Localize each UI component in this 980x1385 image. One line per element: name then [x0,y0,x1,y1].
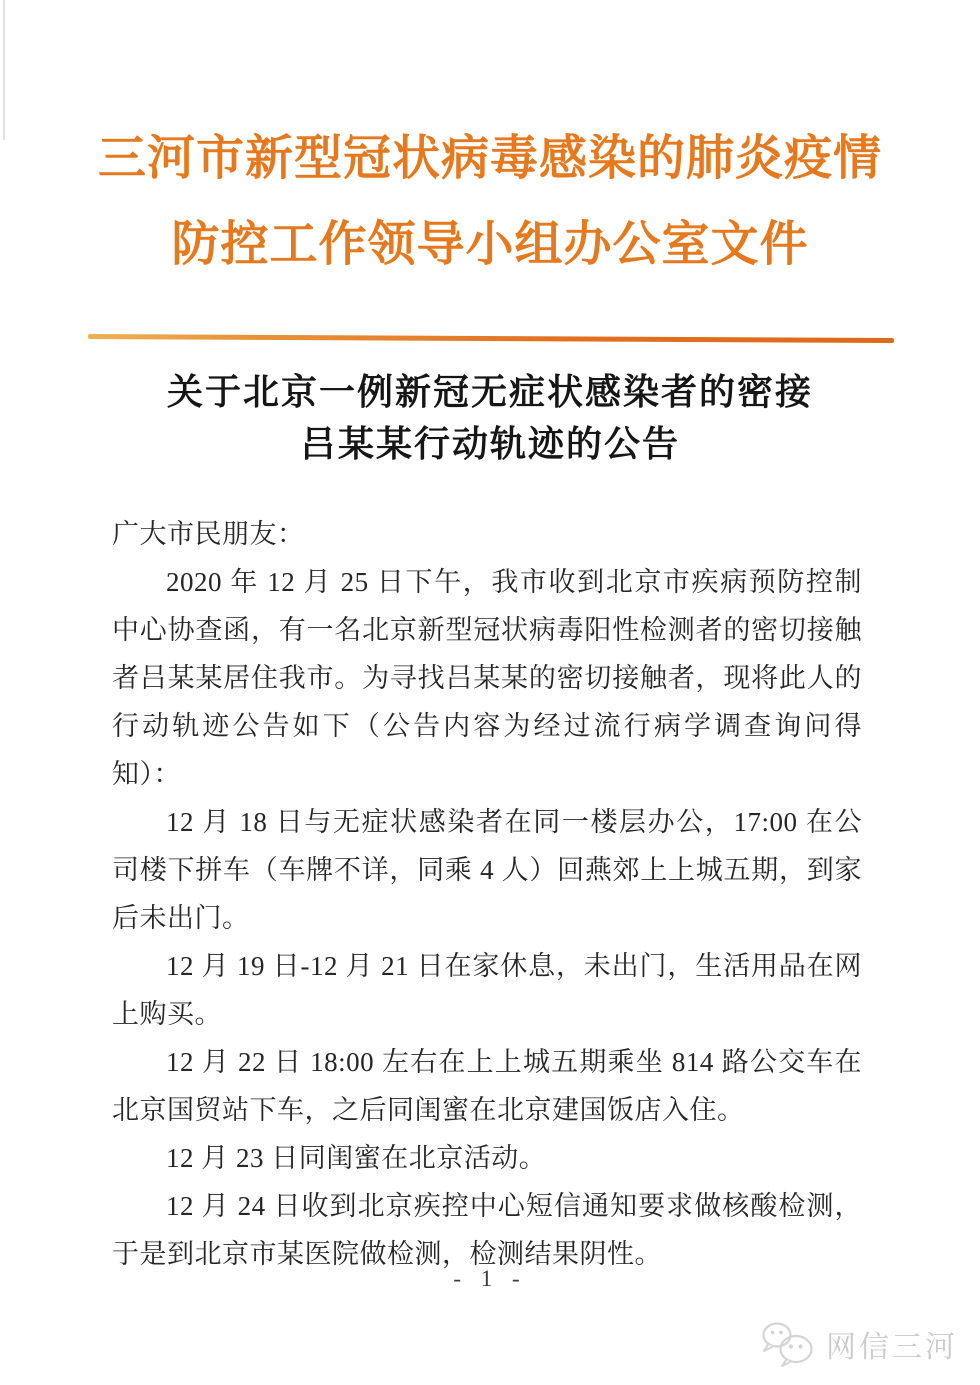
paragraph-intro: 2020 年 12 月 25 日下午，我市收到北京市疾病预防控制中心协查函，有一… [112,558,862,798]
document-title-line-1: 关于北京一例新冠无症状感染者的密接 [0,366,980,418]
document-title: 关于北京一例新冠无症状感染者的密接 吕某某行动轨迹的公告 [0,366,980,470]
watermark-label: 网信三河 [826,1322,958,1366]
paragraph-dec18: 12 月 18 日与无症状感染者在同一楼层办公，17:00 在公司楼下拼车（车牌… [112,798,862,942]
page-number: - 1 - [0,1266,980,1292]
letterhead: 三河市新型冠状病毒感染的肺炎疫情 防控工作领导小组办公室文件 [0,116,980,288]
paragraph-dec24: 12 月 24 日收到北京疾控中心短信通知要求做核酸检测，于是到北京市某医院做检… [112,1182,862,1278]
wechat-icon [759,1320,817,1368]
paragraph-dec19-21: 12 月 19 日-12 月 21 日在家休息，未出门，生活用品在网上购买。 [112,942,862,1038]
document-page: 三河市新型冠状病毒感染的肺炎疫情 防控工作领导小组办公室文件 关于北京一例新冠无… [0,0,980,1385]
letterhead-divider-rule [88,334,894,343]
letterhead-line-1: 三河市新型冠状病毒感染的肺炎疫情 [0,116,980,202]
paragraph-dec22: 12 月 22 日 18:00 左右在上上城五期乘坐 814 路公交车在北京国贸… [112,1038,862,1134]
document-body: 广大市民朋友： 2020 年 12 月 25 日下午，我市收到北京市疾病预防控制… [112,510,862,1278]
watermark: 网信三河 [759,1320,958,1368]
salutation: 广大市民朋友： [112,510,862,558]
letterhead-line-2: 防控工作领导小组办公室文件 [0,202,980,288]
paragraph-dec23: 12 月 23 日同闺蜜在北京活动。 [112,1134,862,1182]
document-title-line-2: 吕某某行动轨迹的公告 [0,418,980,470]
